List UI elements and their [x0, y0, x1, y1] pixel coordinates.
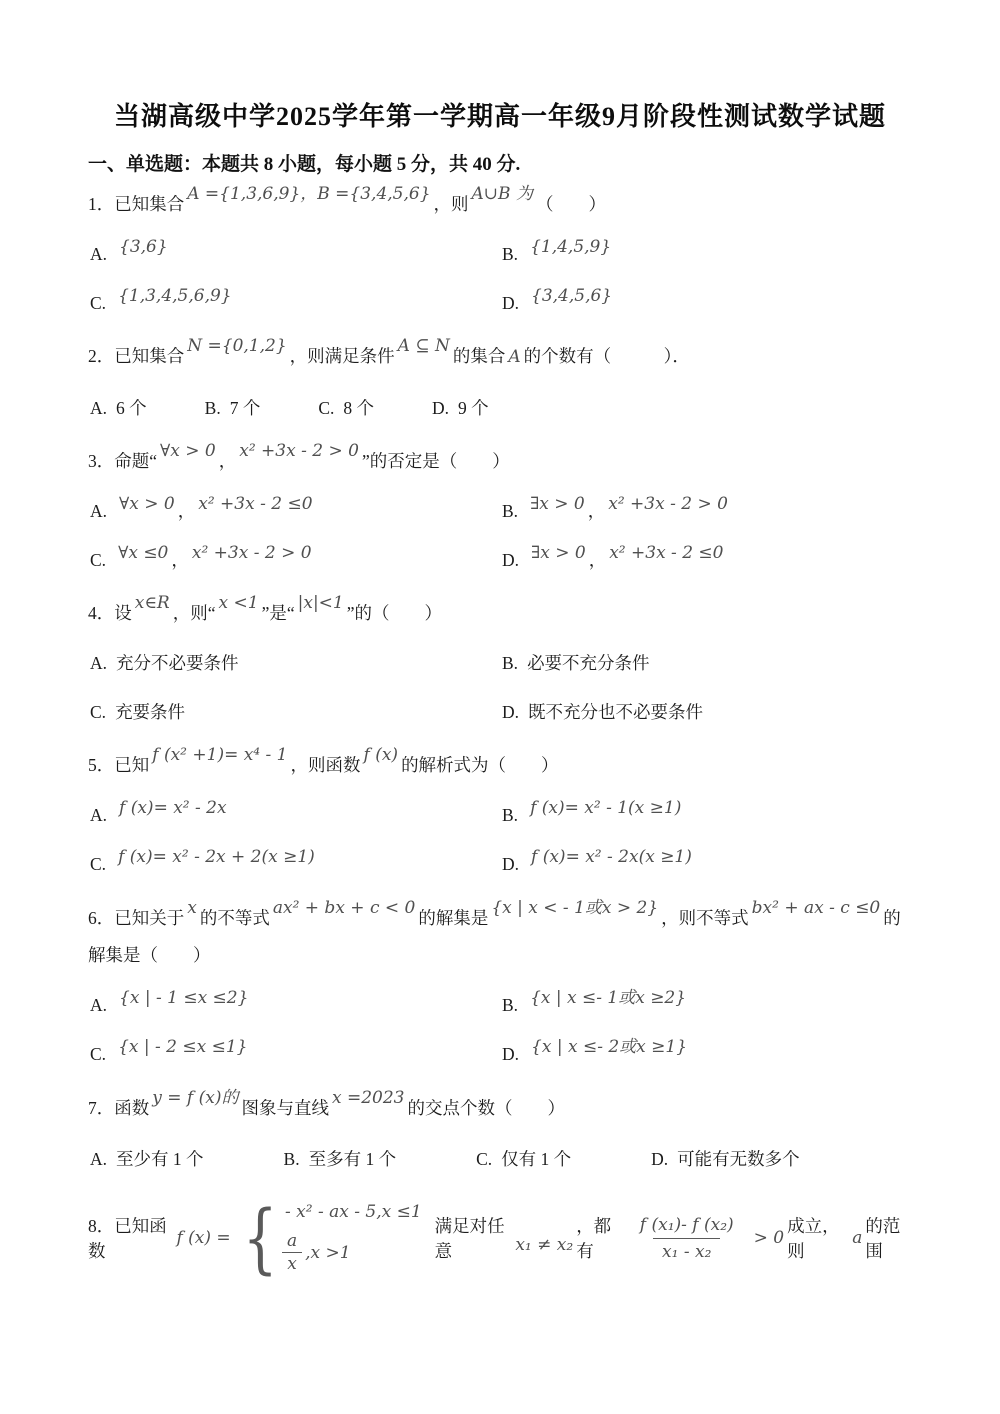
option-label: D. [502, 550, 519, 570]
text-segment: 的解集是 [418, 908, 488, 928]
math-segment: f (x)= x² - 2x(x ≥1) [528, 847, 695, 867]
option-label: A. [90, 501, 107, 521]
q7-option-b: B.至多有 1 个 [284, 1143, 397, 1176]
option-body: 可能有无数多个 [677, 1149, 800, 1169]
option-label: B. [502, 995, 518, 1015]
math-segment: f (x)= x² - 2x [116, 798, 230, 818]
q1-option-c: C.{1,3,4,5,6,9} [90, 287, 502, 320]
option-body: {x | x ≤- 2或x ≥1} [528, 1044, 690, 1064]
q2-option-b: B.7 个 [205, 392, 261, 425]
text-segment: 7 个 [230, 398, 261, 418]
text-segment: 的范围 [865, 1213, 912, 1263]
math-segment: x <1 [216, 593, 262, 613]
q5-option-a: A.f (x)= x² - 2x [90, 799, 502, 832]
text-segment: 5．已知 [88, 755, 149, 775]
piecewise-case-2: a x ,x >1 [282, 1231, 425, 1274]
q3-option-c: C.∀x ≤0，x² +3x - 2 > 0 [90, 544, 502, 577]
question-stem: 2．已知集合N ={0,1,2}，则满足条件A ⊆ N的集合A的个数有（ ）． [88, 338, 912, 376]
q6-option-c: C.{x | - 2 ≤x ≤1} [90, 1038, 502, 1071]
math-segment: ∃x > 0 [527, 494, 588, 514]
options: A.{x | - 1 ≤x ≤2} B.{x | x ≤- 1或x ≥2} C.… [90, 989, 912, 1072]
text-segment: ，则满足条件 [290, 346, 395, 366]
option-label: C. [90, 702, 106, 722]
option-body: f (x)= x² - 2x(x ≥1) [528, 854, 695, 874]
math-segment: f (x² +1)= x⁴ - 1 [149, 745, 290, 765]
option-body: ∃x > 0，x² +3x - 2 > 0 [527, 501, 731, 521]
option-body: {1,4,5,9} [527, 244, 614, 264]
option-body: ∀x ≤0，x² +3x - 2 > 0 [115, 550, 315, 570]
option-body: {x | - 1 ≤x ≤2} [116, 995, 251, 1015]
option-body: 充分不必要条件 [116, 653, 239, 673]
q1-option-a: A.{3,6} [90, 238, 502, 271]
q3-option-b: B.∃x > 0，x² +3x - 2 > 0 [502, 495, 912, 528]
math-segment: > 0 [751, 1228, 787, 1248]
option-label: B. [502, 244, 518, 264]
option-body: 至多有 1 个 [309, 1149, 397, 1169]
question-3: 3．命题“∀x > 0，x² +3x - 2 > 0”的否定是（ ） A.∀x … [88, 443, 912, 577]
text-segment: 4．设 [88, 603, 132, 623]
text-segment: ，则函数 [291, 755, 361, 775]
math-segment: f (x)= x² - 1(x ≥1) [527, 798, 684, 818]
question-7: 7．函数y = f (x)的图象与直线x =2023的交点个数（ ） A.至少有… [88, 1090, 912, 1177]
option-label: A. [90, 995, 107, 1015]
text-segment: 的 [883, 908, 901, 928]
option-body: {x | x ≤- 1或x ≥2} [527, 995, 689, 1015]
math-segment: x² +3x - 2 > 0 [236, 441, 362, 461]
math-segment: ∃x > 0 [528, 543, 589, 563]
question-4: 4．设x∈R，则“x <1”是“|x|<1”的（ ） A.充分不必要条件 B.必… [88, 595, 912, 729]
option-body: 9 个 [458, 398, 489, 418]
option-body: f (x)= x² - 1(x ≥1) [527, 805, 684, 825]
q2-option-c: C.8 个 [318, 392, 374, 425]
option-label: D. [432, 398, 449, 418]
option-body: {3,4,5,6} [528, 293, 615, 313]
math-segment: {x | - 1 ≤x ≤2} [116, 988, 251, 1008]
q4-option-a: A.充分不必要条件 [90, 647, 502, 680]
text-segment: ，则 [434, 194, 469, 214]
piecewise-cases: - x² - ax - 5,x ≤1 a x ,x >1 [282, 1202, 425, 1274]
math-segment: {x | x ≤- 2或x ≥1} [528, 1037, 690, 1057]
text-segment: 的交点个数（ ） [407, 1098, 565, 1118]
left-brace-icon: { [242, 1204, 277, 1272]
option-body: 8 个 [343, 398, 374, 418]
question-stem: 3．命题“∀x > 0，x² +3x - 2 > 0”的否定是（ ） [88, 443, 912, 481]
text-segment: 的不等式 [200, 908, 270, 928]
text-segment: （ ） [536, 194, 606, 214]
math-segment: a [849, 1228, 865, 1248]
option-label: B. [502, 501, 518, 521]
options: A.{3,6} B.{1,4,5,9} C.{1,3,4,5,6,9} D.{3… [90, 238, 912, 321]
question-8: 8．已知函数 f (x) = { - x² - ax - 5,x ≤1 a x … [88, 1202, 912, 1274]
math-segment: x₁ ≠ x₂ [512, 1235, 576, 1255]
question-1: 1．已知集合A ={1,3,6,9}，B ={3,4,5,6}，则A∪B 为（ … [88, 186, 912, 320]
math-segment: f (x) = [173, 1228, 233, 1248]
question-stem: 5．已知f (x² +1)= x⁴ - 1，则函数f (x)的解析式为（ ） [88, 747, 912, 785]
options: A.至少有 1 个 B.至多有 1 个 C.仅有 1 个 D.可能有无数多个 [90, 1143, 912, 1176]
math-segment: {3,4,5,6} [528, 286, 615, 306]
fraction-denominator: x₁ - x₂ [653, 1238, 720, 1262]
question-2: 2．已知集合N ={0,1,2}，则满足条件A ⊆ N的集合A的个数有（ ）． … [88, 338, 912, 425]
math-segment: {1,3,4,5,6,9} [115, 286, 235, 306]
option-label: D. [502, 702, 519, 722]
fraction-denominator: x [282, 1252, 302, 1274]
math-segment: ,x >1 [302, 1243, 353, 1263]
q5-option-c: C.f (x)= x² - 2x + 2(x ≥1) [90, 848, 502, 881]
text-segment: ，则“ [173, 603, 216, 623]
exam-page: 当湖高级中学2025学年第一学期高一年级9月阶段性测试数学试题 一、单选题：本题… [0, 0, 1000, 1274]
option-label: B. [284, 1149, 300, 1169]
q6-option-a: A.{x | - 1 ≤x ≤2} [90, 989, 502, 1022]
math-segment: x² +3x - 2 ≤0 [606, 543, 726, 563]
option-body: 充要条件 [115, 702, 185, 722]
option-label: C. [476, 1149, 492, 1169]
option-label: D. [651, 1149, 668, 1169]
option-body: 必要不充分条件 [527, 653, 650, 673]
option-label: A. [90, 244, 107, 264]
q6-option-d: D.{x | x ≤- 2或x ≥1} [502, 1038, 912, 1071]
option-body: 既不充分也不必要条件 [528, 702, 703, 722]
exam-title: 当湖高级中学2025学年第一学期高一年级9月阶段性测试数学试题 [88, 96, 912, 133]
text-segment: 1．已知集合 [88, 194, 184, 214]
text-segment: ， [219, 451, 237, 471]
math-segment: x [184, 898, 200, 918]
math-segment: A ={1,3,6,9}，B ={3,4,5,6} [184, 184, 433, 204]
option-body: f (x)= x² - 2x + 2(x ≥1) [115, 854, 318, 874]
math-segment: {x | x ≤- 1或x ≥2} [527, 988, 689, 1008]
q4-option-b: B.必要不充分条件 [502, 647, 912, 680]
math-segment: {1,4,5,9} [527, 237, 614, 257]
option-label: B. [502, 653, 518, 673]
text-segment: 3．命题“ [88, 451, 157, 471]
options: A.f (x)= x² - 2x B.f (x)= x² - 1(x ≥1) C… [90, 799, 912, 882]
fraction-numerator: f (x₁)- f (x₂) [631, 1215, 743, 1238]
q1-option-d: D.{3,4,5,6} [502, 287, 912, 320]
q4-option-d: D.既不充分也不必要条件 [502, 696, 912, 729]
text-segment: 充要条件 [115, 702, 185, 722]
option-label: A. [90, 653, 107, 673]
option-body: ∃x > 0，x² +3x - 2 ≤0 [528, 550, 726, 570]
text-segment: ”的否定是（ ） [362, 451, 510, 471]
math-segment: ∀x > 0 [157, 441, 219, 461]
text-segment: 6．已知关于 [88, 908, 184, 928]
math-segment: ∀x > 0 [116, 494, 178, 514]
text-segment: ， [588, 501, 606, 521]
text-segment: 可能有无数多个 [677, 1149, 800, 1169]
option-label: B. [205, 398, 221, 418]
text-segment: 的集合 [453, 346, 506, 366]
text-segment: ， [171, 550, 189, 570]
question-stem: 6．已知关于x的不等式ax² + bx + c < 0的解集是{x | x < … [88, 900, 912, 975]
math-segment: A [505, 347, 523, 367]
option-label: C. [90, 293, 106, 313]
option-body: {x | - 2 ≤x ≤1} [115, 1044, 250, 1064]
text-segment: ， [589, 550, 607, 570]
option-label: D. [502, 854, 519, 874]
q2-option-d: D.9 个 [432, 392, 489, 425]
section-header: 一、单选题：本题共 8 小题，每小题 5 分，共 40 分. [88, 149, 912, 176]
math-segment: x² +3x - 2 ≤0 [195, 494, 315, 514]
text-segment: 至多有 1 个 [309, 1149, 397, 1169]
math-segment: N ={0,1,2} [184, 336, 289, 356]
math-segment: x∈R [132, 593, 173, 613]
option-label: A. [90, 1149, 107, 1169]
math-segment: x =2023 [329, 1088, 408, 1108]
text-segment: 的个数有（ ）． [524, 346, 690, 366]
math-segment: A∪B 为 [469, 184, 536, 204]
text-segment: 8．已知函数 [88, 1213, 173, 1263]
text-segment: 既不充分也不必要条件 [528, 702, 703, 722]
math-segment: x² +3x - 2 > 0 [189, 543, 315, 563]
q7-option-d: D.可能有无数多个 [651, 1143, 800, 1176]
question-stem: 1．已知集合A ={1,3,6,9}，B ={3,4,5,6}，则A∪B 为（ … [88, 186, 912, 224]
q6-option-b: B.{x | x ≤- 1或x ≥2} [502, 989, 912, 1022]
text-segment: 7．函数 [88, 1098, 149, 1118]
math-segment: bx² + ax - c ≤0 [749, 898, 884, 918]
option-label: C. [90, 1044, 106, 1064]
text-segment: 成立，则 [787, 1213, 849, 1263]
text-segment: 6 个 [116, 398, 147, 418]
text-segment: ”是“ [262, 603, 295, 623]
question-5: 5．已知f (x² +1)= x⁴ - 1，则函数f (x)的解析式为（ ） A… [88, 747, 912, 881]
text-segment: 9 个 [458, 398, 489, 418]
math-segment: ax² + bx + c < 0 [270, 898, 419, 918]
q5-option-b: B.f (x)= x² - 1(x ≥1) [502, 799, 912, 832]
q2-option-a: A.6 个 [90, 392, 147, 425]
option-body: 至少有 1 个 [116, 1149, 204, 1169]
text-segment: ，则不等式 [661, 908, 749, 928]
option-body: 6 个 [116, 398, 147, 418]
math-segment: f (x) [361, 745, 402, 765]
text-segment: ， [178, 501, 196, 521]
math-segment: {3,6} [116, 237, 171, 257]
q7-option-a: A.至少有 1 个 [90, 1143, 204, 1176]
piecewise-function: { - x² - ax - 5,x ≤1 a x ,x >1 [236, 1202, 425, 1274]
options: A.∀x > 0，x² +3x - 2 ≤0 B.∃x > 0，x² +3x -… [90, 495, 912, 578]
math-segment: ∀x ≤0 [115, 543, 171, 563]
math-segment: x² +3x - 2 > 0 [605, 494, 731, 514]
option-body: f (x)= x² - 2x [116, 805, 230, 825]
text-segment: ”的（ ） [347, 603, 442, 623]
question-stem: 8．已知函数 f (x) = { - x² - ax - 5,x ≤1 a x … [88, 1202, 912, 1274]
fraction: f (x₁)- f (x₂) x₁ - x₂ [631, 1215, 743, 1262]
option-label: A. [90, 398, 107, 418]
option-label: B. [502, 805, 518, 825]
q7-option-c: C.仅有 1 个 [476, 1143, 571, 1176]
question-6: 6．已知关于x的不等式ax² + bx + c < 0的解集是{x | x < … [88, 900, 912, 1072]
q3-option-d: D.∃x > 0，x² +3x - 2 ≤0 [502, 544, 912, 577]
text-segment: 必要不充分条件 [527, 653, 650, 673]
math-segment: {x | x < - 1或x > 2} [488, 898, 661, 918]
q1-option-b: B.{1,4,5,9} [502, 238, 912, 271]
text-segment: 充分不必要条件 [116, 653, 239, 673]
math-segment: - x² - ax - 5,x ≤1 [282, 1202, 425, 1222]
option-body: {3,6} [116, 244, 171, 264]
q3-option-a: A.∀x > 0，x² +3x - 2 ≤0 [90, 495, 502, 528]
option-label: C. [90, 854, 106, 874]
question-stem: 7．函数y = f (x)的图象与直线x =2023的交点个数（ ） [88, 1090, 912, 1128]
option-body: 7 个 [230, 398, 261, 418]
text-segment: 的解析式为（ ） [401, 755, 559, 775]
options: A.6 个 B.7 个 C.8 个 D.9 个 [90, 392, 912, 425]
q4-option-c: C.充要条件 [90, 696, 502, 729]
math-segment: y = f (x)的 [149, 1088, 241, 1108]
math-segment: {x | - 2 ≤x ≤1} [115, 1037, 250, 1057]
q5-option-d: D.f (x)= x² - 2x(x ≥1) [502, 848, 912, 881]
text-segment: 仅有 1 个 [501, 1149, 571, 1169]
option-body: 仅有 1 个 [501, 1149, 571, 1169]
option-label: C. [90, 550, 106, 570]
text-segment: 2．已知集合 [88, 346, 184, 366]
option-label: D. [502, 293, 519, 313]
text-segment: ，都有 [576, 1213, 623, 1263]
options: A.充分不必要条件 B.必要不充分条件 C.充要条件 D.既不充分也不必要条件 [90, 647, 912, 730]
fraction: a x [282, 1231, 302, 1274]
option-body: {1,3,4,5,6,9} [115, 293, 235, 313]
option-label: C. [318, 398, 334, 418]
math-segment: f (x)= x² - 2x + 2(x ≥1) [115, 847, 318, 867]
option-label: D. [502, 1044, 519, 1064]
text-segment: 至少有 1 个 [116, 1149, 204, 1169]
math-segment: A ⊆ N [395, 336, 453, 356]
math-segment: |x|<1 [295, 593, 347, 613]
question-stem: 4．设x∈R，则“x <1”是“|x|<1”的（ ） [88, 595, 912, 633]
text-segment: 解集是（ ） [88, 945, 211, 965]
text-segment: 图象与直线 [241, 1098, 329, 1118]
text-segment: 8 个 [343, 398, 374, 418]
option-body: ∀x > 0，x² +3x - 2 ≤0 [116, 501, 316, 521]
text-segment: 满足对任意 [435, 1213, 513, 1263]
fraction-numerator: a [282, 1231, 302, 1252]
option-label: A. [90, 805, 107, 825]
